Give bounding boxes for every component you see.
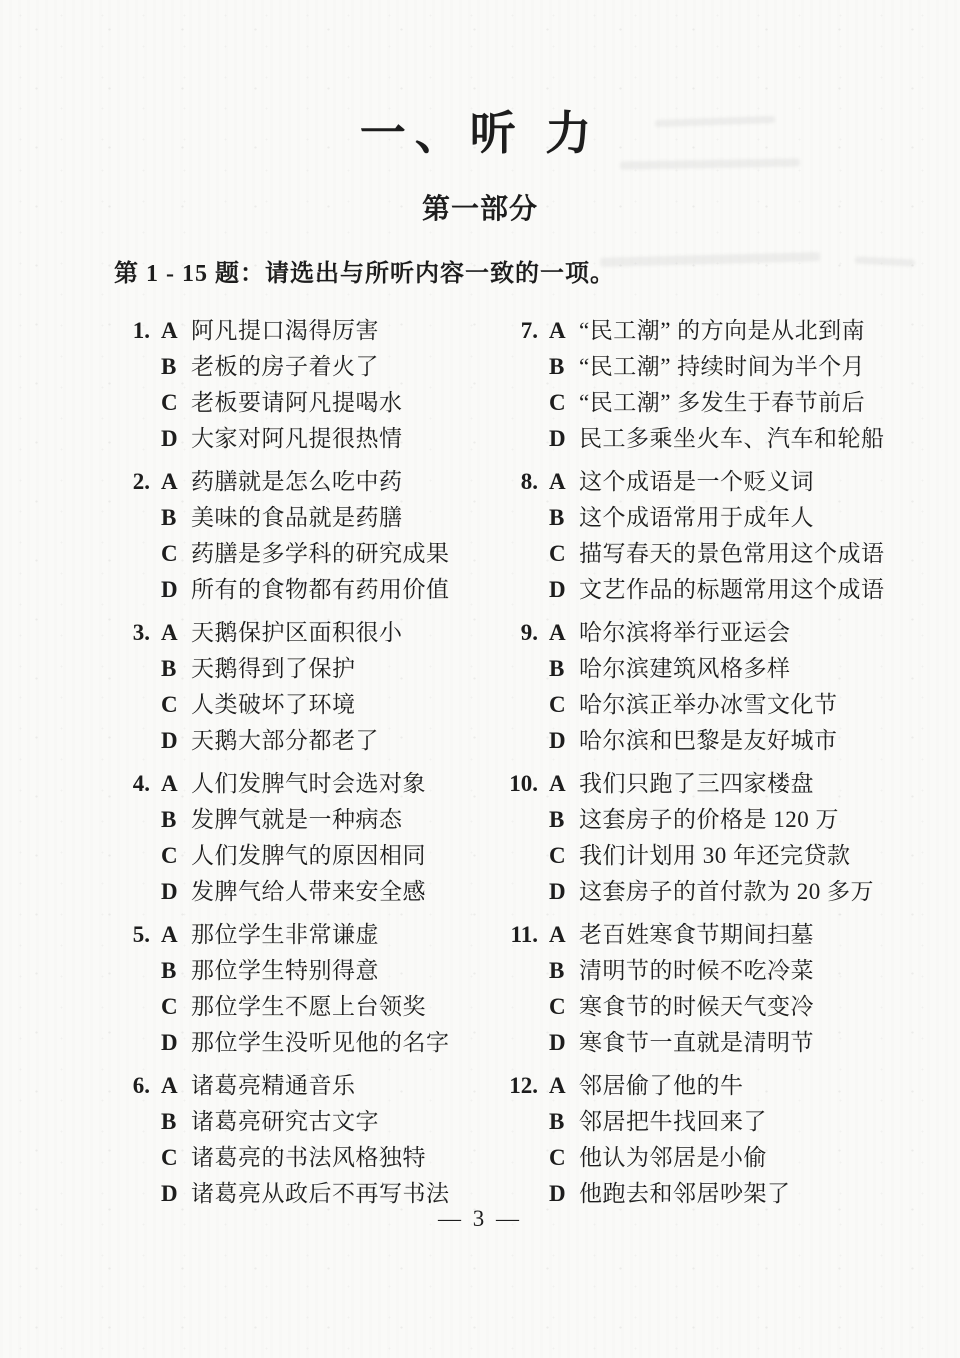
option-text: 大家对阿凡提很热情	[191, 421, 498, 457]
option-label: C	[545, 989, 579, 1025]
question-number	[112, 1025, 157, 1061]
option-text: 他认为邻居是小偷	[579, 1140, 934, 1176]
option-text: 天鹅大部分都老了	[191, 723, 498, 759]
question-number	[112, 349, 157, 385]
option-row: D大家对阿凡提很热情	[112, 421, 498, 457]
option-row: C我们计划用 30 年还完贷款	[494, 838, 934, 874]
question-number	[112, 802, 157, 838]
option-label: C	[545, 687, 579, 723]
option-text: “民工潮” 的方向是从北到南	[579, 313, 934, 349]
option-row: B哈尔滨建筑风格多样	[494, 651, 934, 687]
option-row: C“民工潮” 多发生于春节前后	[494, 385, 934, 421]
question-number	[494, 953, 545, 989]
option-row: D天鹅大部分都老了	[112, 723, 498, 759]
option-text: 天鹅得到了保护	[191, 651, 498, 687]
option-label: D	[157, 723, 191, 759]
option-text: 我们计划用 30 年还完贷款	[579, 838, 934, 874]
option-text: 阿凡提口渴得厉害	[191, 313, 498, 349]
option-text: 诸葛亮的书法风格独特	[191, 1140, 498, 1176]
option-text: 清明节的时候不吃冷菜	[579, 953, 934, 989]
option-text: 这个成语常用于成年人	[579, 500, 934, 536]
option-label: C	[157, 536, 191, 572]
question-number: 1.	[112, 313, 157, 349]
option-label: A	[545, 917, 579, 953]
question-number	[494, 500, 545, 536]
option-label: B	[545, 802, 579, 838]
option-row: B美味的食品就是药膳	[112, 500, 498, 536]
questions-column-right: 7.A“民工潮” 的方向是从北到南B“民工潮” 持续时间为半个月C“民工潮” 多…	[494, 313, 934, 1219]
option-label: B	[545, 1104, 579, 1140]
option-text: 民工多乘坐火车、汽车和轮船	[579, 421, 934, 457]
question-block: 7.A“民工潮” 的方向是从北到南B“民工潮” 持续时间为半个月C“民工潮” 多…	[494, 313, 934, 457]
question-number	[112, 500, 157, 536]
option-label: D	[545, 572, 579, 608]
option-label: D	[545, 1025, 579, 1061]
option-label: D	[545, 874, 579, 910]
question-number	[112, 687, 157, 723]
option-text: 描写春天的景色常用这个成语	[579, 536, 934, 572]
option-text: 人们发脾气时会选对象	[191, 766, 498, 802]
option-row: B老板的房子着火了	[112, 349, 498, 385]
option-row: 3.A天鹅保护区面积很小	[112, 615, 498, 651]
option-text: 这套房子的首付款为 20 多万	[579, 874, 934, 910]
option-text: 发脾气就是一种病态	[191, 802, 498, 838]
question-number	[494, 838, 545, 874]
question-number	[112, 989, 157, 1025]
question-block: 11.A老百姓寒食节期间扫墓B清明节的时候不吃冷菜C寒食节的时候天气变冷D寒食节…	[494, 917, 934, 1061]
question-number: 9.	[494, 615, 545, 651]
question-number	[112, 572, 157, 608]
question-block: 12.A邻居偷了他的牛B邻居把牛找回来了C他认为邻居是小偷D他跑去和邻居吵架了	[494, 1068, 934, 1212]
question-number: 3.	[112, 615, 157, 651]
question-block: 2.A药膳就是怎么吃中药B美味的食品就是药膳C药膳是多学科的研究成果D所有的食物…	[112, 464, 498, 608]
instruction-text: 第 1 - 15 题：请选出与所听内容一致的一项。	[114, 253, 960, 288]
question-number	[112, 1140, 157, 1176]
option-text: 药膳就是怎么吃中药	[191, 464, 498, 500]
option-label: A	[157, 313, 191, 349]
option-row: D那位学生没听见他的名字	[112, 1025, 498, 1061]
option-label: C	[157, 385, 191, 421]
option-label: A	[157, 766, 191, 802]
question-block: 10.A我们只跑了三四家楼盘B这套房子的价格是 120 万C我们计划用 30 年…	[494, 766, 934, 910]
option-text: 发脾气给人带来安全感	[191, 874, 498, 910]
question-number: 5.	[112, 917, 157, 953]
option-row: 9.A哈尔滨将举行亚运会	[494, 615, 934, 651]
question-block: 5.A那位学生非常谦虚B那位学生特别得意C那位学生不愿上台领奖D那位学生没听见他…	[112, 917, 498, 1061]
option-label: B	[545, 500, 579, 536]
option-label: D	[545, 723, 579, 759]
option-label: B	[157, 349, 191, 385]
option-row: B诸葛亮研究古文字	[112, 1104, 498, 1140]
option-label: A	[157, 1068, 191, 1104]
question-number	[112, 874, 157, 910]
option-label: A	[157, 615, 191, 651]
option-row: 5.A那位学生非常谦虚	[112, 917, 498, 953]
option-text: 邻居偷了他的牛	[579, 1068, 934, 1104]
option-text: 这个成语是一个贬义词	[579, 464, 934, 500]
option-row: D发脾气给人带来安全感	[112, 874, 498, 910]
option-text: 诸葛亮精通音乐	[191, 1068, 498, 1104]
option-row: C诸葛亮的书法风格独特	[112, 1140, 498, 1176]
option-row: 10.A我们只跑了三四家楼盘	[494, 766, 934, 802]
option-text: 邻居把牛找回来了	[579, 1104, 934, 1140]
option-text: 哈尔滨正举办冰雪文化节	[579, 687, 934, 723]
option-row: C描写春天的景色常用这个成语	[494, 536, 934, 572]
option-row: 11.A老百姓寒食节期间扫墓	[494, 917, 934, 953]
question-number	[494, 1140, 545, 1176]
option-label: A	[157, 917, 191, 953]
option-label: D	[157, 1025, 191, 1061]
option-text: 寒食节一直就是清明节	[579, 1025, 934, 1061]
question-block: 3.A天鹅保护区面积很小B天鹅得到了保护C人类破坏了环境D天鹅大部分都老了	[112, 615, 498, 759]
option-row: D哈尔滨和巴黎是友好城市	[494, 723, 934, 759]
option-label: D	[545, 421, 579, 457]
option-row: B发脾气就是一种病态	[112, 802, 498, 838]
option-text: “民工潮” 多发生于春节前后	[579, 385, 934, 421]
option-label: D	[157, 421, 191, 457]
question-number	[494, 349, 545, 385]
option-text: 文艺作品的标题常用这个成语	[579, 572, 934, 608]
option-label: A	[545, 766, 579, 802]
option-label: C	[157, 687, 191, 723]
option-text: 那位学生没听见他的名字	[191, 1025, 498, 1061]
option-row: C那位学生不愿上台领奖	[112, 989, 498, 1025]
option-row: 2.A药膳就是怎么吃中药	[112, 464, 498, 500]
option-row: B这套房子的价格是 120 万	[494, 802, 934, 838]
option-row: C老板要请阿凡提喝水	[112, 385, 498, 421]
option-label: A	[545, 313, 579, 349]
option-label: C	[545, 838, 579, 874]
question-number	[494, 572, 545, 608]
option-row: B天鹅得到了保护	[112, 651, 498, 687]
option-text: 老百姓寒食节期间扫墓	[579, 917, 934, 953]
option-row: 4.A人们发脾气时会选对象	[112, 766, 498, 802]
option-text: 这套房子的价格是 120 万	[579, 802, 934, 838]
question-block: 1.A阿凡提口渴得厉害B老板的房子着火了C老板要请阿凡提喝水D大家对阿凡提很热情	[112, 313, 498, 457]
question-number: 6.	[112, 1068, 157, 1104]
option-row: B那位学生特别得意	[112, 953, 498, 989]
section-title: 一、听 力	[0, 0, 960, 161]
option-label: D	[157, 572, 191, 608]
option-row: C他认为邻居是小偷	[494, 1140, 934, 1176]
question-number	[112, 536, 157, 572]
question-number: 11.	[494, 917, 545, 953]
part-subtitle: 第一部分	[0, 187, 960, 227]
question-number	[112, 421, 157, 457]
option-label: C	[157, 1140, 191, 1176]
option-label: A	[545, 615, 579, 651]
question-number	[494, 874, 545, 910]
option-label: C	[545, 536, 579, 572]
option-label: B	[545, 651, 579, 687]
option-text: 人们发脾气的原因相同	[191, 838, 498, 874]
option-label: C	[157, 838, 191, 874]
question-number	[494, 723, 545, 759]
option-label: A	[545, 464, 579, 500]
option-row: 8.A这个成语是一个贬义词	[494, 464, 934, 500]
option-row: B清明节的时候不吃冷菜	[494, 953, 934, 989]
question-number	[494, 802, 545, 838]
option-row: C哈尔滨正举办冰雪文化节	[494, 687, 934, 723]
option-text: 老板的房子着火了	[191, 349, 498, 385]
question-number	[494, 385, 545, 421]
question-number	[494, 536, 545, 572]
option-text: 人类破坏了环境	[191, 687, 498, 723]
option-text: 老板要请阿凡提喝水	[191, 385, 498, 421]
option-label: D	[157, 874, 191, 910]
question-number	[112, 651, 157, 687]
question-number: 2.	[112, 464, 157, 500]
option-row: D寒食节一直就是清明节	[494, 1025, 934, 1061]
option-row: C人类破坏了环境	[112, 687, 498, 723]
option-label: A	[157, 464, 191, 500]
option-text: 诸葛亮研究古文字	[191, 1104, 498, 1140]
option-row: 6.A诸葛亮精通音乐	[112, 1068, 498, 1104]
option-text: 哈尔滨和巴黎是友好城市	[579, 723, 934, 759]
option-row: C人们发脾气的原因相同	[112, 838, 498, 874]
option-row: D这套房子的首付款为 20 多万	[494, 874, 934, 910]
option-row: D文艺作品的标题常用这个成语	[494, 572, 934, 608]
option-text: 寒食节的时候天气变冷	[579, 989, 934, 1025]
question-number: 8.	[494, 464, 545, 500]
option-label: B	[157, 500, 191, 536]
question-number	[112, 1104, 157, 1140]
question-number	[112, 385, 157, 421]
question-block: 8.A这个成语是一个贬义词B这个成语常用于成年人C描写春天的景色常用这个成语D文…	[494, 464, 934, 608]
option-text: 美味的食品就是药膳	[191, 500, 498, 536]
option-label: B	[545, 953, 579, 989]
option-text: 哈尔滨将举行亚运会	[579, 615, 934, 651]
option-row: B这个成语常用于成年人	[494, 500, 934, 536]
question-block: 6.A诸葛亮精通音乐B诸葛亮研究古文字C诸葛亮的书法风格独特D诸葛亮从政后不再写…	[112, 1068, 498, 1212]
question-block: 4.A人们发脾气时会选对象B发脾气就是一种病态C人们发脾气的原因相同D发脾气给人…	[112, 766, 498, 910]
option-text: 药膳是多学科的研究成果	[191, 536, 498, 572]
question-number	[494, 1025, 545, 1061]
question-number	[494, 651, 545, 687]
question-block: 9.A哈尔滨将举行亚运会B哈尔滨建筑风格多样C哈尔滨正举办冰雪文化节D哈尔滨和巴…	[494, 615, 934, 759]
option-label: B	[545, 349, 579, 385]
option-text: 我们只跑了三四家楼盘	[579, 766, 934, 802]
option-row: D所有的食物都有药用价值	[112, 572, 498, 608]
page-number: — 3 —	[0, 1206, 960, 1232]
question-number	[494, 1104, 545, 1140]
option-text: 所有的食物都有药用价值	[191, 572, 498, 608]
option-row: C药膳是多学科的研究成果	[112, 536, 498, 572]
option-text: 那位学生非常谦虚	[191, 917, 498, 953]
option-label: C	[545, 1140, 579, 1176]
option-label: C	[545, 385, 579, 421]
option-row: 1.A阿凡提口渴得厉害	[112, 313, 498, 349]
question-number	[112, 953, 157, 989]
option-label: B	[157, 953, 191, 989]
option-label: B	[157, 651, 191, 687]
option-row: B“民工潮” 持续时间为半个月	[494, 349, 934, 385]
option-text: 天鹅保护区面积很小	[191, 615, 498, 651]
question-number	[112, 838, 157, 874]
option-text: 那位学生不愿上台领奖	[191, 989, 498, 1025]
question-number	[494, 989, 545, 1025]
questions-column-left: 1.A阿凡提口渴得厉害B老板的房子着火了C老板要请阿凡提喝水D大家对阿凡提很热情…	[112, 313, 498, 1219]
option-label: A	[545, 1068, 579, 1104]
question-number: 12.	[494, 1068, 545, 1104]
option-text: “民工潮” 持续时间为半个月	[579, 349, 934, 385]
question-number	[112, 723, 157, 759]
option-row: B邻居把牛找回来了	[494, 1104, 934, 1140]
question-number: 4.	[112, 766, 157, 802]
question-number: 10.	[494, 766, 545, 802]
option-text: 哈尔滨建筑风格多样	[579, 651, 934, 687]
option-label: C	[157, 989, 191, 1025]
option-label: B	[157, 802, 191, 838]
option-label: B	[157, 1104, 191, 1140]
option-row: D民工多乘坐火车、汽车和轮船	[494, 421, 934, 457]
question-number	[494, 687, 545, 723]
question-number: 7.	[494, 313, 545, 349]
question-number	[494, 421, 545, 457]
option-row: 7.A“民工潮” 的方向是从北到南	[494, 313, 934, 349]
option-row: C寒食节的时候天气变冷	[494, 989, 934, 1025]
option-text: 那位学生特别得意	[191, 953, 498, 989]
option-row: 12.A邻居偷了他的牛	[494, 1068, 934, 1104]
